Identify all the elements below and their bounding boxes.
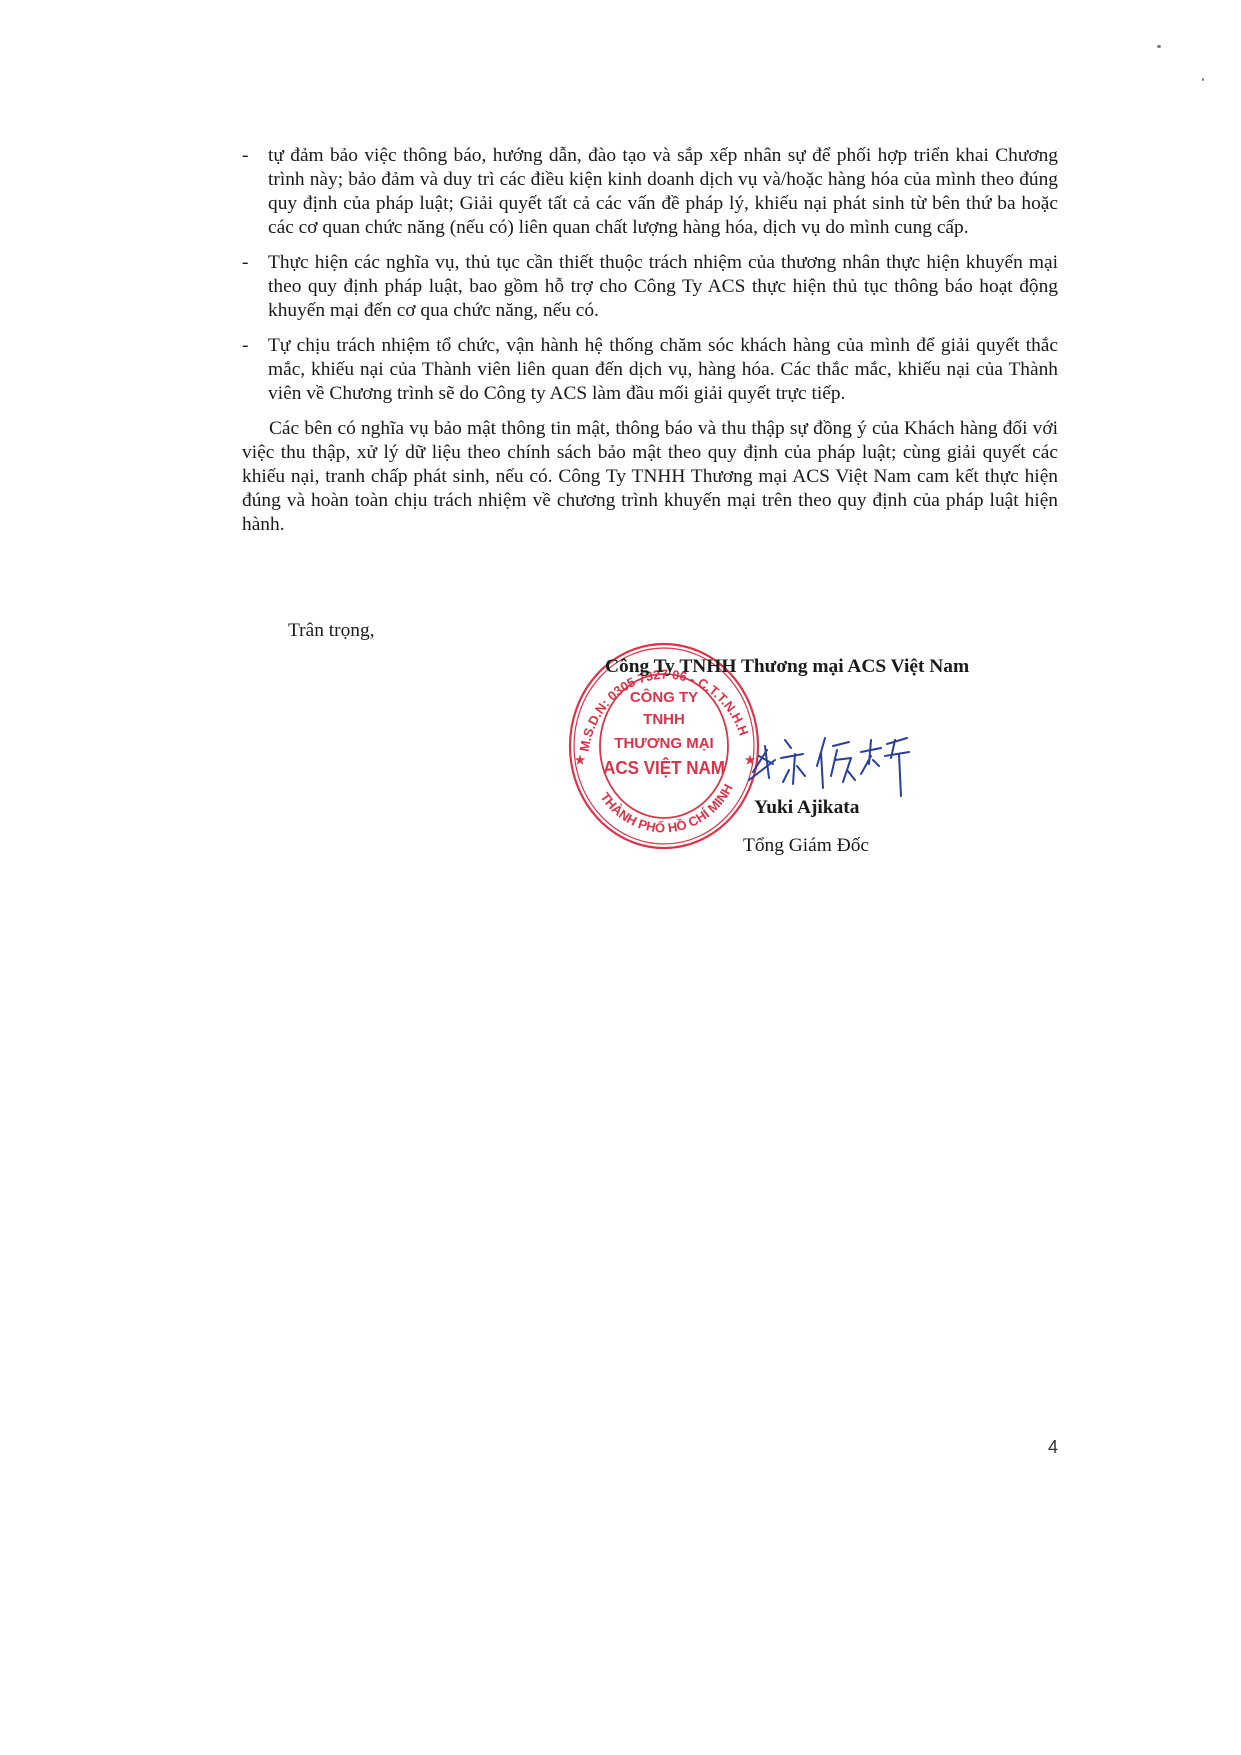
- bullet-text: Thực hiện các nghĩa vụ, thủ tục cần thiế…: [268, 252, 1058, 321]
- document-body: - tự đảm bảo việc thông báo, hướng dẫn, …: [242, 144, 1058, 537]
- document-page: - tự đảm bảo việc thông báo, hướng dẫn, …: [0, 0, 1241, 1755]
- scan-speck: [1202, 78, 1204, 81]
- bullet-marker: -: [242, 334, 248, 358]
- bullet-item: - Thực hiện các nghĩa vụ, thủ tục cần th…: [242, 251, 1058, 323]
- signer-title: Tổng Giám Đốc: [743, 835, 869, 857]
- bullet-text: Tự chịu trách nhiệm tổ chức, vận hành hệ…: [268, 335, 1058, 404]
- closing-salutation: Trân trọng,: [288, 620, 375, 642]
- bullet-marker: -: [242, 144, 248, 168]
- handwritten-signature-icon: [745, 720, 935, 800]
- svg-text:★: ★: [575, 753, 586, 767]
- signer-name: Yuki Ajikata: [754, 797, 859, 819]
- svg-text:THƯƠNG MẠI: THƯƠNG MẠI: [614, 735, 713, 752]
- bullet-item: - tự đảm bảo việc thông báo, hướng dẫn, …: [242, 144, 1058, 240]
- company-name: Công Ty TNHH Thương mại ACS Việt Nam: [605, 656, 969, 678]
- commitment-paragraph: Các bên có nghĩa vụ bảo mật thông tin mậ…: [242, 417, 1058, 537]
- bullet-marker: -: [242, 251, 248, 275]
- svg-text:CÔNG TY: CÔNG TY: [630, 688, 698, 706]
- scan-speck: [1157, 45, 1161, 48]
- bullet-text: tự đảm bảo việc thông báo, hướng dẫn, đà…: [268, 145, 1058, 238]
- svg-text:TNHH: TNHH: [643, 711, 685, 728]
- svg-text:ACS VIỆT NAM: ACS VIỆT NAM: [603, 756, 725, 778]
- bullet-item: - Tự chịu trách nhiệm tổ chức, vận hành …: [242, 334, 1058, 406]
- page-number: 4: [1048, 1437, 1058, 1458]
